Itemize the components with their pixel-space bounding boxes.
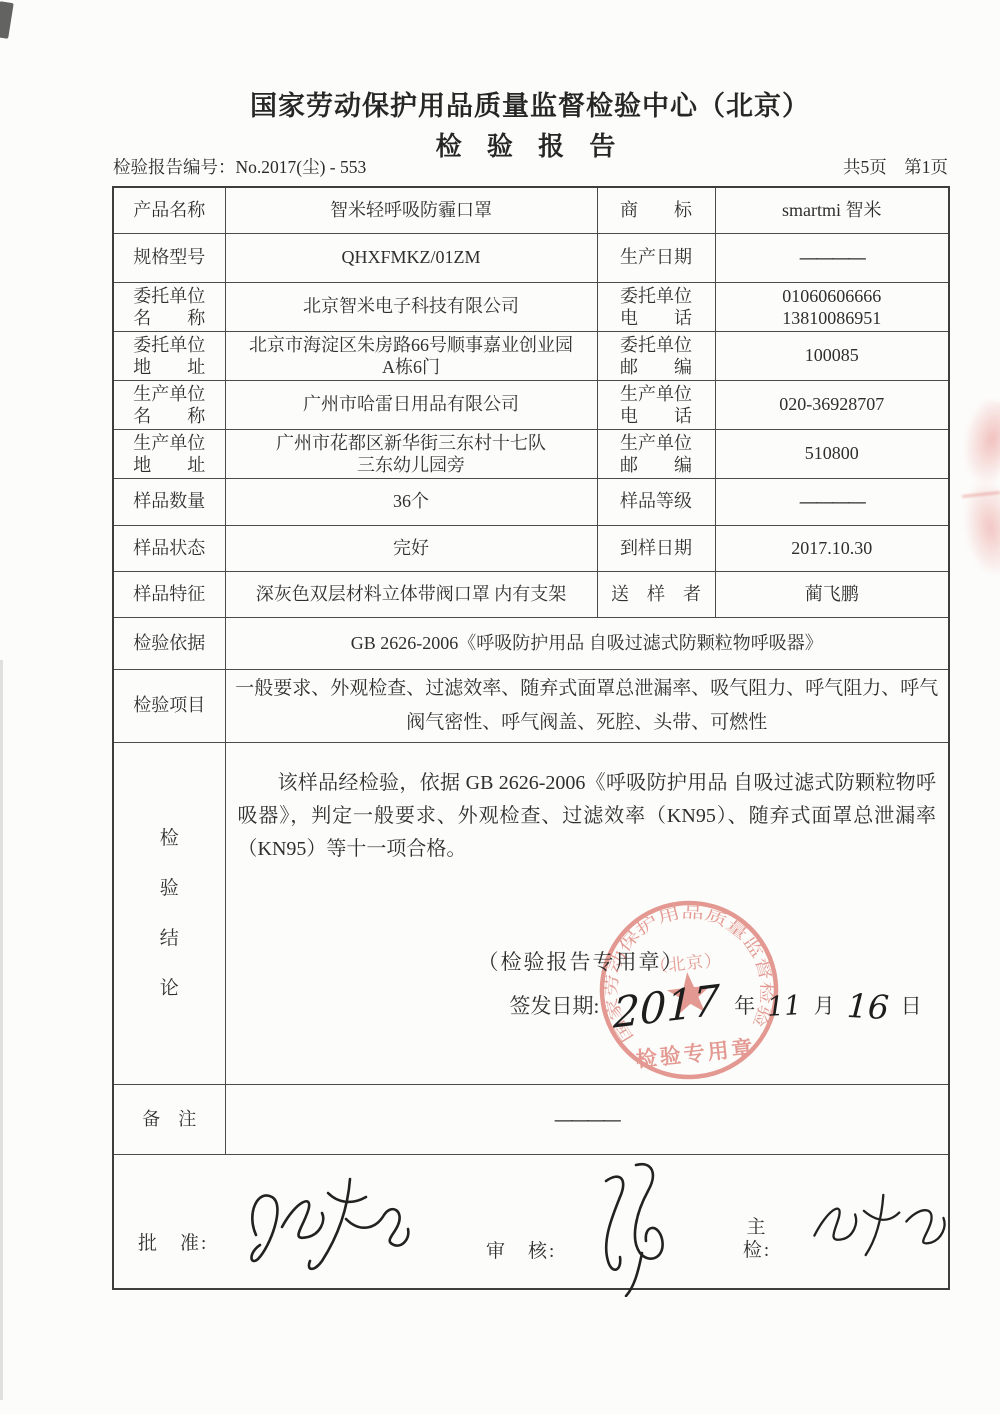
issue-year-handwritten: 2017: [614, 988, 720, 1024]
arrival-date-value: 2017.10.30: [715, 525, 949, 571]
page-indicator: 共5页 第1页: [843, 154, 948, 179]
label-line: 邮 编: [602, 356, 711, 378]
table-row: 委托单位 名 称 北京智米电子科技有限公司 委托单位 电 话 010606066…: [113, 282, 949, 331]
manufacturer-zip-value: 510800: [715, 429, 949, 478]
stamp-caption: （检验报告专用章）: [478, 951, 685, 974]
stamp-bleed-mark: [956, 397, 1000, 488]
consignor-phone-value: 01060606666 13810086951: [715, 282, 949, 331]
product-name-value: 智米轻呼吸防霾口罩: [225, 187, 597, 233]
conclusion-label-char: 验: [160, 877, 179, 900]
phone-line: 13810086951: [720, 307, 945, 329]
issue-month-handwritten: 11: [767, 994, 803, 1019]
table-row: 检 验 结 论 该样品经检验，依据 GB 2626-2006《呼吸防护用品 自吸…: [113, 742, 949, 1084]
trademark-value: smartmi 智米: [715, 187, 949, 233]
conclusion-text: 该样品经检验，依据 GB 2626-2006《呼吸防护用品 自吸过滤式防颗粒物呼…: [238, 767, 937, 866]
manufacturer-address-value: 广州市花都区新华街三东村十七队 三东幼儿园旁: [225, 429, 597, 478]
chief-group: 主 检:: [726, 1207, 948, 1271]
address-line: 广州市花都区新华街三东村十七队: [230, 432, 593, 454]
table-row: 生产单位 名 称 广州市哈雷日用品有限公司 生产单位 电 话 020-36928…: [113, 380, 949, 429]
model-label: 规格型号: [113, 233, 225, 282]
phone-line: 01060606666: [720, 285, 945, 307]
issue-date-line: 签发日期: 2017 年 11 月 16 日: [510, 995, 928, 1018]
remark-label: 备 注: [113, 1084, 225, 1154]
label-line: 电 话: [602, 405, 711, 427]
sample-qty-value: 36个: [225, 478, 597, 525]
sample-grade-value: ————: [715, 478, 949, 525]
label-line: 生产单位: [118, 432, 221, 454]
conclusion-label-char: 论: [160, 977, 179, 1000]
review-label: 审 核:: [486, 1240, 556, 1263]
report-table: 产品名称 智米轻呼吸防霾口罩 商 标 smartmi 智米 规格型号 QHXFM…: [112, 186, 950, 1290]
report-number-label: 检验报告编号：: [113, 157, 236, 177]
product-name-label: 产品名称: [113, 187, 225, 233]
sample-grade-label: 样品等级: [597, 478, 715, 525]
table-row: 规格型号 QHXFMKZ/01ZM 生产日期 ————: [113, 233, 949, 282]
table-row: 样品特征 深灰色双层材料立体带阀口罩 内有支架 送 样 者 蔺飞鹏: [113, 571, 949, 617]
table-row: 样品数量 36个 样品等级 ————: [113, 478, 949, 525]
conclusion-cell: 该样品经检验，依据 GB 2626-2006《呼吸防护用品 自吸过滤式防颗粒物呼…: [225, 742, 949, 1084]
label-line: 委托单位: [602, 334, 711, 356]
sample-feature-label: 样品特征: [113, 571, 225, 617]
remark-value: ————: [225, 1084, 949, 1154]
table-row: 批 准: 审 核: 主 检:: [113, 1154, 949, 1289]
consignor-zip-label: 委托单位 邮 编: [597, 331, 715, 380]
table-row: 产品名称 智米轻呼吸防霾口罩 商 标 smartmi 智米: [113, 187, 949, 233]
label-line: 名 称: [118, 307, 221, 329]
sample-feature-value: 深灰色双层材料立体带阀口罩 内有支架: [225, 571, 597, 617]
table-row: 委托单位 地 址 北京市海淀区朱房路66号顺事嘉业创业园 A栋6门 委托单位 邮…: [113, 331, 949, 380]
stamp-bottom-text: 检验专用章: [634, 1035, 756, 1071]
sample-qty-label: 样品数量: [113, 478, 225, 525]
review-signature: [572, 1155, 707, 1297]
chief-label: 主 检:: [726, 1216, 788, 1262]
issue-date-label: 签发日期:: [510, 995, 600, 1018]
consignor-address-value: 北京市海淀区朱房路66号顺事嘉业创业园 A栋6门: [225, 331, 597, 380]
scan-edge-smudge: [0, 660, 3, 1400]
sample-state-value: 完好: [225, 525, 597, 571]
consignor-phone-label: 委托单位 电 话: [597, 282, 715, 331]
inspection-items-value: 一般要求、外观检查、过滤效率、随弃式面罩总泄漏率、吸气阻力、呼气阻力、呼气阀气密…: [225, 669, 949, 742]
table-row: 备 注 ————: [113, 1084, 949, 1154]
manufacturer-name-value: 广州市哈雷日用品有限公司: [225, 380, 597, 429]
model-value: QHXFMKZ/01ZM: [225, 233, 597, 282]
label-line: 委托单位: [118, 285, 221, 307]
table-row: 检验依据 GB 2626-2006《呼吸防护用品 自吸过滤式防颗粒物呼吸器》: [113, 617, 949, 669]
approve-label: 批 准:: [138, 1232, 208, 1255]
conclusion-label: 检 验 结 论: [113, 742, 225, 1084]
trademark-label: 商 标: [597, 187, 715, 233]
signature-row: 批 准: 审 核: 主 检:: [113, 1154, 949, 1289]
sample-sender-value: 蔺飞鹏: [715, 571, 949, 617]
chief-signature: [802, 1179, 948, 1271]
label-line: 生产单位: [602, 383, 711, 405]
label-line: 邮 编: [602, 454, 711, 476]
conclusion-label-char: 检: [160, 827, 179, 850]
consignor-zip-value: 100085: [715, 331, 949, 380]
production-date-value: ————: [715, 233, 949, 282]
arrival-date-label: 到样日期: [597, 525, 715, 571]
inspection-items-label: 检验项目: [113, 669, 225, 742]
review-group: 审 核:: [486, 1207, 707, 1297]
address-line: A栋6门: [230, 356, 593, 378]
label-line: 生产单位: [602, 432, 711, 454]
label-line: 地 址: [118, 454, 221, 476]
consignor-address-label: 委托单位 地 址: [113, 331, 225, 380]
label-line: 委托单位: [602, 285, 711, 307]
manufacturer-phone-label: 生产单位 电 话: [597, 380, 715, 429]
approve-group: 批 准:: [138, 1207, 441, 1281]
conclusion-label-stack: 检 验 结 论: [118, 827, 221, 1000]
conclusion-label-char: 结: [160, 927, 179, 950]
issue-month-unit: 月: [814, 995, 835, 1018]
consignor-name-label: 委托单位 名 称: [113, 282, 225, 331]
label-line: 生产单位: [118, 383, 221, 405]
sample-state-label: 样品状态: [113, 525, 225, 571]
label-line: 名 称: [118, 405, 221, 427]
label-line: 委托单位: [118, 334, 221, 356]
table-row: 样品状态 完好 到样日期 2017.10.30: [113, 525, 949, 571]
table-row: 生产单位 地 址 广州市花都区新华街三东村十七队 三东幼儿园旁 生产单位 邮 编…: [113, 429, 949, 478]
label-line: 地 址: [118, 356, 221, 378]
inspection-basis-label: 检验依据: [113, 617, 225, 669]
address-line: 北京市海淀区朱房路66号顺事嘉业创业园: [230, 334, 593, 356]
report-number: 检验报告编号：No.2017(尘) - 553: [113, 154, 366, 179]
inspection-basis-value: GB 2626-2006《呼吸防护用品 自吸过滤式防颗粒物呼吸器》: [225, 617, 949, 669]
consignor-name-value: 北京智米电子科技有限公司: [225, 282, 597, 331]
address-line: 三东幼儿园旁: [230, 454, 593, 476]
scan-corner-mark: [0, 1, 14, 39]
approve-signature: [226, 1169, 441, 1281]
table-row: 检验项目 一般要求、外观检查、过滤效率、随弃式面罩总泄漏率、吸气阻力、呼气阻力、…: [113, 669, 949, 742]
manufacturer-name-label: 生产单位 名 称: [113, 380, 225, 429]
report-number-value: No.2017(尘) - 553: [236, 157, 367, 177]
manufacturer-address-label: 生产单位 地 址: [113, 429, 225, 478]
issue-year-unit: 年: [734, 995, 755, 1018]
manufacturer-zip-label: 生产单位 邮 编: [597, 429, 715, 478]
issue-day-unit: 日: [901, 995, 922, 1018]
production-date-label: 生产日期: [597, 233, 715, 282]
org-title: 国家劳动保护用品质量监督检验中心（北京）: [60, 84, 1000, 123]
report-info-line: 检验报告编号：No.2017(尘) - 553 共5页 第1页: [113, 154, 948, 179]
manufacturer-phone-value: 020-36928707: [715, 380, 949, 429]
sample-sender-label: 送 样 者: [597, 571, 715, 617]
issue-day-handwritten: 16: [846, 993, 889, 1018]
label-line: 电 话: [602, 307, 711, 329]
